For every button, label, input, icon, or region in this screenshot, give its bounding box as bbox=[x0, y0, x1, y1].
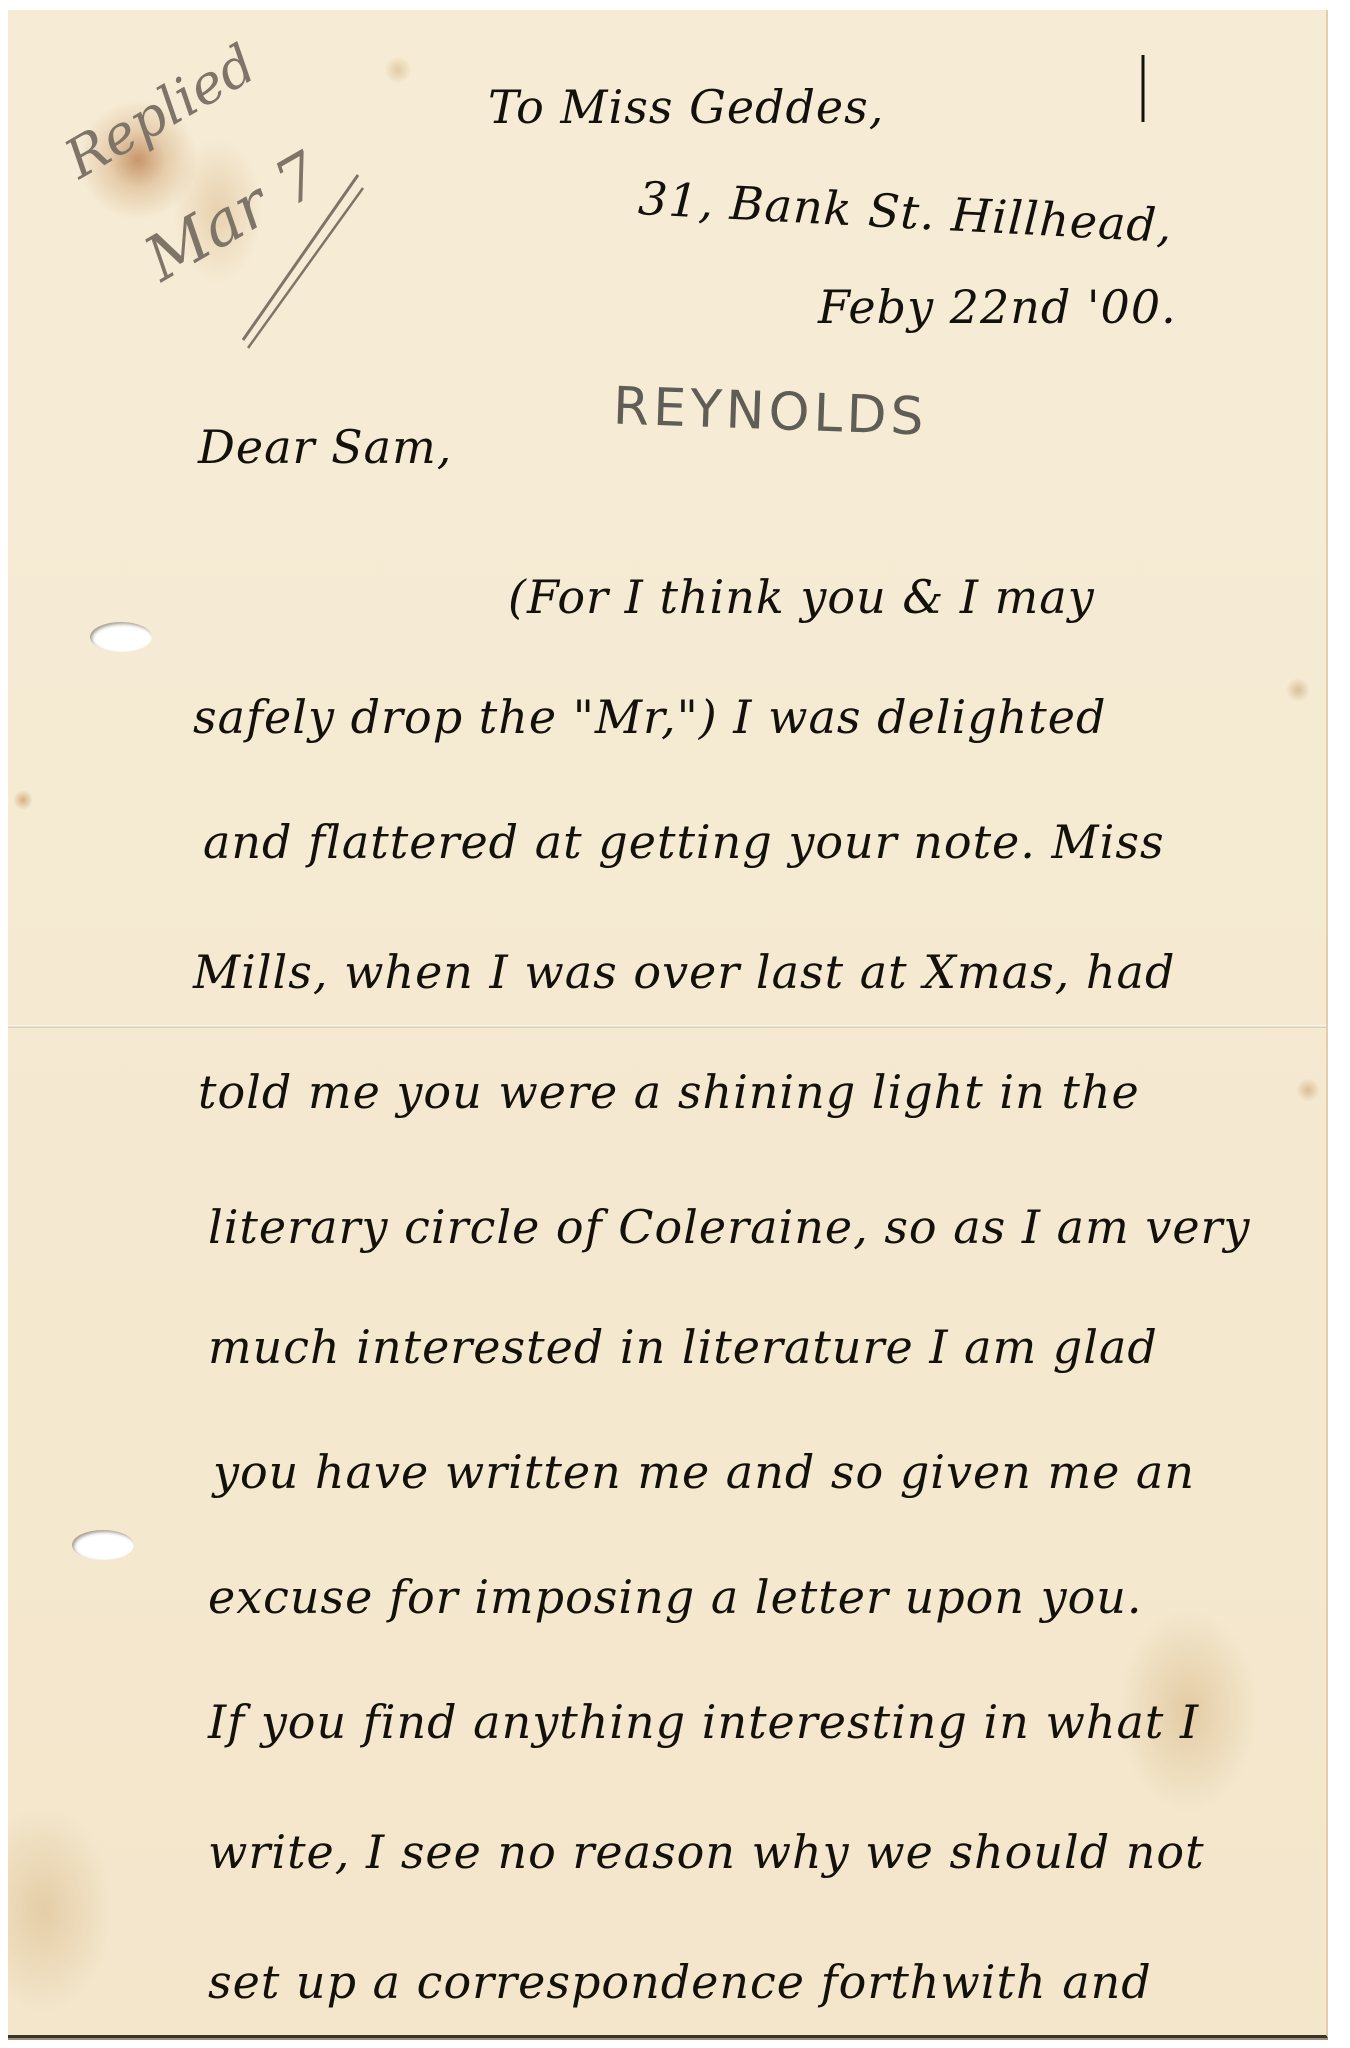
body-line: Mills, when I was over last at Xmas, had bbox=[193, 945, 1175, 999]
body-line: safely drop the "Mr,") I was delighted bbox=[193, 690, 1106, 744]
body-line: write, I see no reason why we should not bbox=[208, 1825, 1205, 1879]
body-line: set up a correspondence forthwith and bbox=[208, 1955, 1152, 2009]
body-line: literary circle of Coleraine, so as I am… bbox=[208, 1200, 1251, 1254]
date-line: Feby 22nd '00. bbox=[818, 280, 1177, 334]
body-line: excuse for imposing a letter upon you. bbox=[208, 1570, 1143, 1624]
letter-page: Replied Mar 7 1 To Miss Geddes, 31, Bank… bbox=[8, 10, 1328, 2038]
body-line: If you find anything interesting in what… bbox=[208, 1695, 1199, 1749]
salutation: Dear Sam, bbox=[198, 420, 452, 474]
page-number: 1 bbox=[1126, 50, 1128, 51]
body-line: and flattered at getting your note. Miss bbox=[203, 815, 1165, 869]
recipient-line: To Miss Geddes, bbox=[488, 80, 884, 134]
body-line: (For I think you & I may bbox=[508, 570, 1095, 624]
body-line: you have written me and so given me an bbox=[213, 1445, 1195, 1499]
archive-label-reynolds: REYNOLDS bbox=[612, 377, 929, 448]
body-line: much interested in literature I am glad bbox=[208, 1320, 1158, 1374]
body-line: told me you were a shining light in the bbox=[198, 1065, 1140, 1119]
